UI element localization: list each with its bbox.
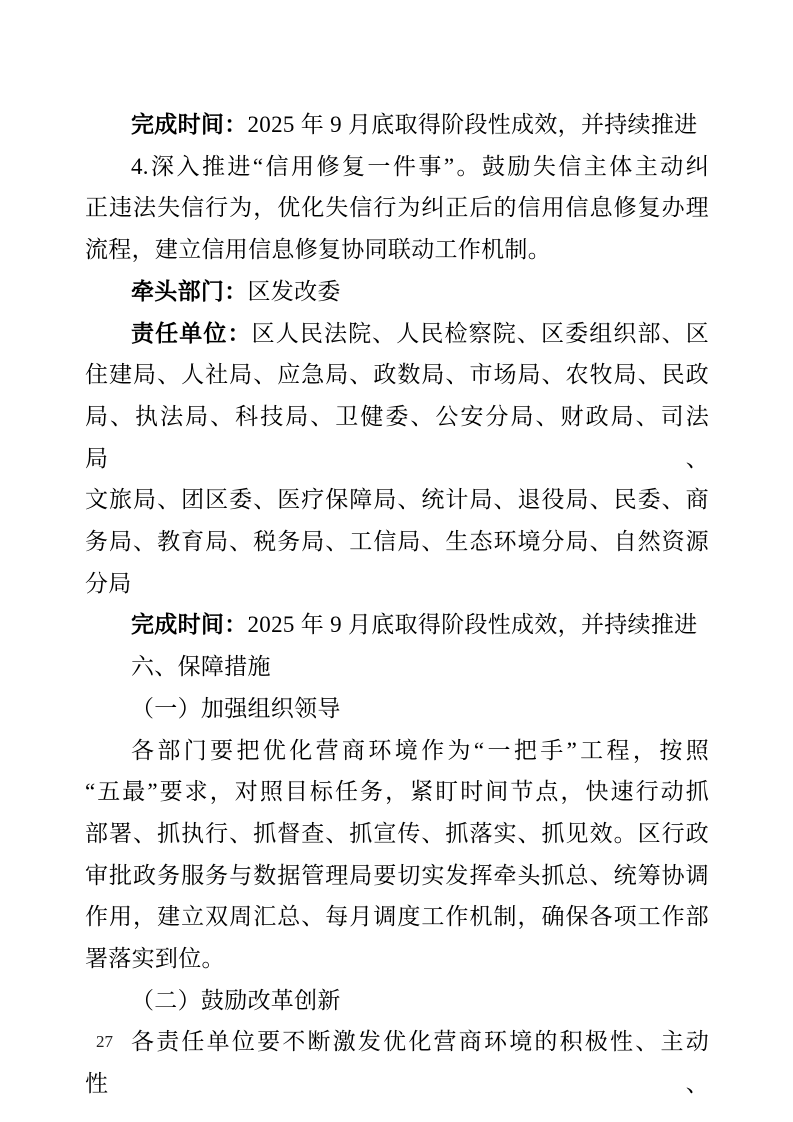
line-responsible-units-2: 住建局、人社局、应急局、政数局、市场局、农牧局、民政 <box>85 354 709 396</box>
line-item4-1: 4.深入推进“信用修复一件事”。鼓励失信主体主动纠 <box>85 146 709 188</box>
line-org-leadership-5: 作用，建立双周汇总、每月调度工作机制，确保各项工作部 <box>85 896 709 938</box>
text-segment: （一）加强组织领导 <box>131 696 341 721</box>
text-segment: 审批政务服务与数据管理局要切实发挥牵头抓总、统筹协调 <box>85 863 709 888</box>
line-responsible-units-3: 局、执法局、科技局、卫健委、公安分局、财政局、司法局、 <box>85 396 709 479</box>
line-item4-2: 正违法失信行为，优化失信行为纠正后的信用信息修复办理 <box>85 187 709 229</box>
line-completion-time-1: 完成时间：2025 年 9 月底取得阶段性成效，并持续推进 <box>85 104 709 146</box>
text-segment: “五最”要求，对照目标任务，紧盯时间节点，快速行动抓 <box>85 779 709 804</box>
line-responsible-units-4: 文旅局、团区委、医疗保障局、统计局、退役局、民委、商 <box>85 479 709 521</box>
line-org-leadership-2: “五最”要求，对照目标任务，紧盯时间节点，快速行动抓 <box>85 771 709 813</box>
text-segment: （二）鼓励改革创新 <box>131 988 341 1013</box>
text-segment: 2025 年 9 月底取得阶段性成效，并持续推进 <box>248 612 698 637</box>
document-page: 完成时间：2025 年 9 月底取得阶段性成效，并持续推进4.深入推进“信用修复… <box>0 0 793 1122</box>
line-org-leadership-3: 部署、抓执行、抓督查、抓宣传、抓落实、抓见效。区行政 <box>85 813 709 855</box>
line-responsible-units-5: 务局、教育局、税务局、工信局、生态环境分局、自然资源 <box>85 521 709 563</box>
line-org-leadership-1: 各部门要把优化营商环境作为“一把手”工程，按照 <box>85 730 709 772</box>
heading-subsection-1: （一）加强组织领导 <box>85 688 709 730</box>
text-segment: 文旅局、团区委、医疗保障局、统计局、退役局、民委、商 <box>85 487 709 512</box>
field-label: 完成时间： <box>131 111 248 137</box>
page-number: 27 <box>96 1031 113 1053</box>
line-org-leadership-6: 署落实到位。 <box>85 938 709 980</box>
text-segment: 部署、抓执行、抓督查、抓宣传、抓落实、抓见效。区行政 <box>85 821 709 846</box>
line-org-leadership-4: 审批政务服务与数据管理局要切实发挥牵头抓总、统筹协调 <box>85 855 709 897</box>
line-item4-3: 流程，建立信用信息修复协同联动工作机制。 <box>85 229 709 271</box>
text-segment: 局、执法局、科技局、卫健委、公安分局、财政局、司法局、 <box>85 404 709 471</box>
text-segment: 各部门要把优化营商环境作为“一把手”工程，按照 <box>131 738 709 763</box>
line-completion-time-2: 完成时间：2025 年 9 月底取得阶段性成效，并持续推进 <box>85 604 709 646</box>
text-segment: 流程，建立信用信息修复协同联动工作机制。 <box>85 237 551 262</box>
line-reform-innovation-1: 各责任单位要不断激发优化营商环境的积极性、主动性、 <box>85 1021 709 1104</box>
field-label: 责任单位： <box>131 320 252 346</box>
line-lead-department: 牵头部门：区发改委 <box>85 271 709 313</box>
text-segment: 分局 <box>85 571 132 596</box>
heading-section-6: 六、保障措施 <box>85 646 709 688</box>
text-segment: 住建局、人社局、应急局、政数局、市场局、农牧局、民政 <box>85 362 709 387</box>
text-segment: 各责任单位要不断激发优化营商环境的积极性、主动性、 <box>85 1029 709 1096</box>
field-label: 完成时间： <box>131 611 248 637</box>
text-segment: 4.深入推进“信用修复一件事”。鼓励失信主体主动纠 <box>131 154 709 179</box>
text-segment: 务局、教育局、税务局、工信局、生态环境分局、自然资源 <box>85 529 709 554</box>
text-segment: 正违法失信行为，优化失信行为纠正后的信用信息修复办理 <box>85 195 709 220</box>
text-segment: 区发改委 <box>248 279 341 304</box>
text-segment: 2025 年 9 月底取得阶段性成效，并持续推进 <box>248 112 698 137</box>
text-segment: 六、保障措施 <box>131 654 271 679</box>
line-responsible-units-6: 分局 <box>85 563 709 605</box>
field-label: 牵头部门： <box>131 278 248 304</box>
text-segment: 作用，建立双周汇总、每月调度工作机制，确保各项工作部 <box>85 904 709 929</box>
text-segment: 区人民法院、人民检察院、区委组织部、区 <box>252 321 709 346</box>
line-responsible-units-1: 责任单位：区人民法院、人民检察院、区委组织部、区 <box>85 313 709 355</box>
heading-subsection-2: （二）鼓励改革创新 <box>85 980 709 1022</box>
document-content: 完成时间：2025 年 9 月底取得阶段性成效，并持续推进4.深入推进“信用修复… <box>85 104 709 1105</box>
text-segment: 署落实到位。 <box>85 946 225 971</box>
